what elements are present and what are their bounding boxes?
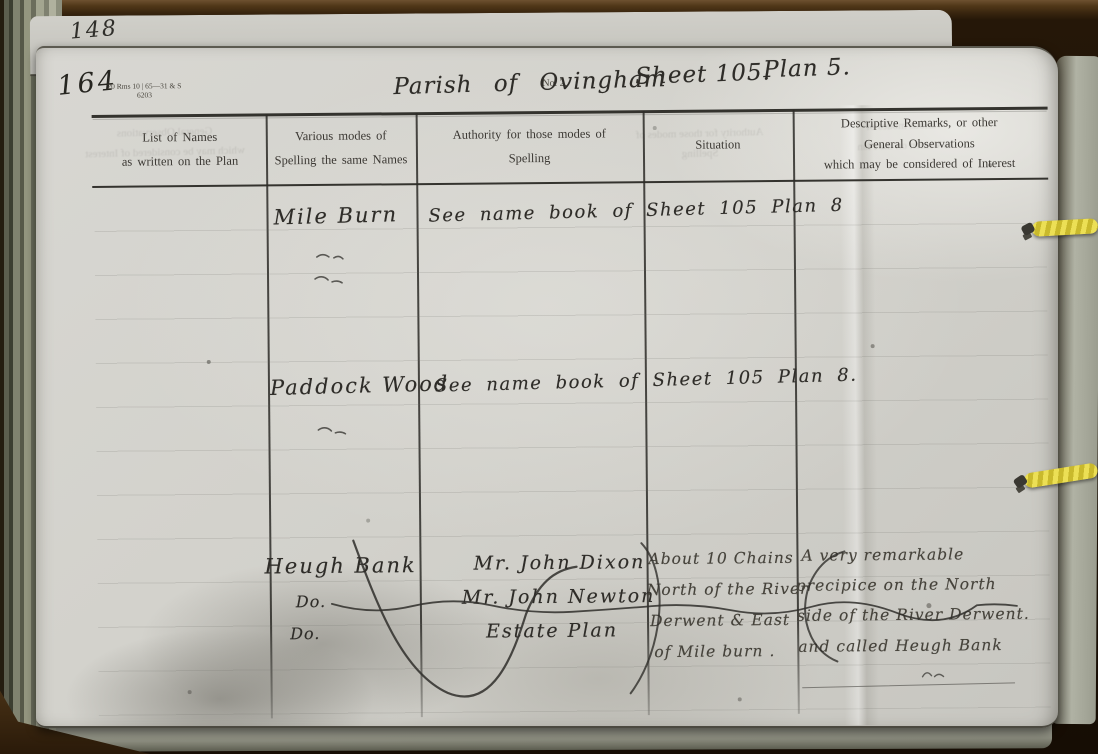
entry-name-heugh-bank: Heugh Bank (264, 553, 416, 578)
entry-remarks-line: A very remarkable (801, 545, 964, 564)
entry-situation-line: About 10 Chains (648, 549, 793, 568)
paper-specks (33, 52, 35, 54)
entry-situation-line: of Mile burn . (654, 642, 775, 661)
column-header-authority: Authority for those modes of Spelling (416, 113, 644, 181)
header-line: General Observations (864, 133, 975, 155)
entry-situation-line: Derwent & East (650, 611, 790, 630)
entry-ditto-do: Do. (290, 624, 320, 643)
column-header-remarks: Descriptive Remarks, or other General Ob… (793, 110, 1047, 178)
header-parish-script: Parish of Ovingham (393, 66, 667, 100)
column-divider-1 (266, 114, 273, 718)
entry-remarks-line: precipice on the North (796, 575, 997, 595)
entry-name-paddock-wood: Paddock Wood (270, 371, 450, 400)
ledger-page: 164 20 Rms 10 | 65—31 & S 6203 No. 2. Pa… (36, 46, 1058, 728)
header-line: Authority for those modes of (453, 123, 606, 148)
entry-authority-newton: Mr. John Newton (462, 585, 656, 609)
header-plan-script: Plan 5. (763, 54, 851, 83)
header-sheet-script: Sheet 105. (635, 59, 771, 89)
page-content: 164 20 Rms 10 | 65—31 & S 6203 No. 2. Pa… (33, 44, 1061, 731)
entry-authority-dixon: Mr. John Dixon (473, 551, 645, 574)
header-line: List of Names (142, 126, 217, 150)
entry-remarks-line: side of the River Derwent. (797, 605, 1030, 625)
column-header-names: List of Names as written on the Plan (94, 116, 267, 183)
entry-ditto-do: Do. (296, 592, 326, 611)
entry-authority-mile-burn: See name book of Sheet 105 Plan 8 (428, 195, 844, 227)
column-divider-2 (416, 113, 423, 717)
page-crease (840, 105, 879, 725)
printer-stamp-line2: 6203 (107, 91, 181, 101)
entry-name-mile-burn: Mile Burn (273, 202, 398, 229)
header-line: Descriptive Remarks, or other (841, 112, 998, 134)
printer-stamp-line1: 20 Rms 10 | 65—31 & S (107, 81, 181, 91)
photo-of-ledger: 148 164 20 Rms 10 | 65—31 & S 6203 No. 2… (0, 0, 1098, 754)
entry-authority-estate-plan: Estate Plan (486, 619, 618, 642)
previous-page-number: 148 (69, 16, 119, 45)
column-header-situation: Situation (643, 112, 794, 179)
header-line: as written on the Plan (122, 150, 239, 175)
entry-remarks-line: and called Heugh Bank (798, 636, 1003, 656)
printer-stamp: 20 Rms 10 | 65—31 & S 6203 (107, 81, 181, 100)
header-line: Situation (695, 133, 740, 157)
header-line: Spelling the same Names (275, 148, 408, 173)
entry-situation-line: North of the River (647, 580, 809, 599)
header-line: which may be considered of Interest (824, 153, 1016, 175)
header-line: Various modes of (295, 125, 387, 150)
column-header-spelling-modes: Various modes of Spelling the same Names (266, 115, 417, 182)
header-line: Spelling (509, 147, 551, 171)
